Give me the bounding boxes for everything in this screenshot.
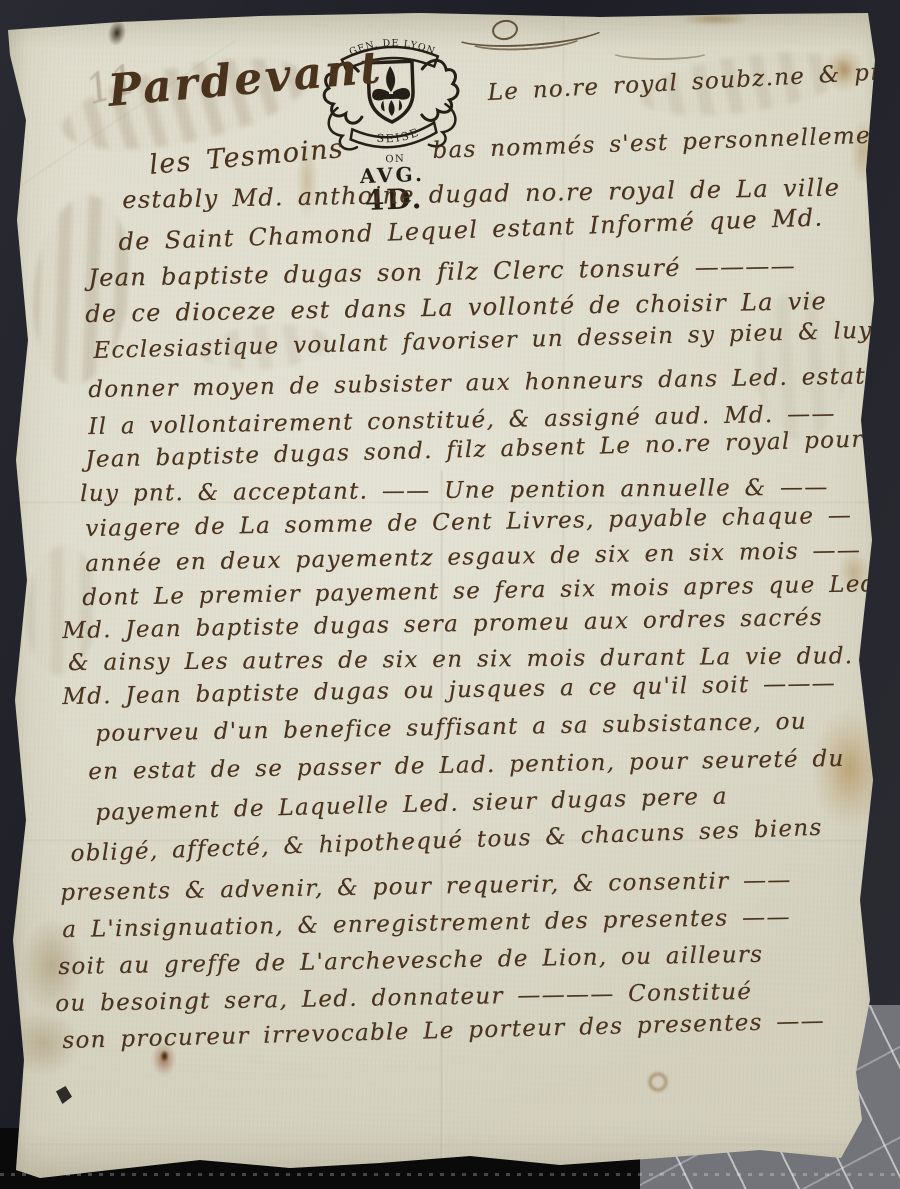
manuscript-line: pourveu d'un benefice suffisant a sa sub… — [95, 709, 807, 747]
manuscript-line: année en deux payementz esgaux de six en… — [85, 537, 861, 577]
manuscript-text: PardevantLe no.re royal soubz.ne & prese… — [0, 0, 900, 1189]
manuscript-line: payement de Laquelle Led. sieur dugas pe… — [95, 783, 728, 826]
manuscript-line: Le no.re royal soubz.ne & presents — [487, 55, 900, 106]
manuscript-line: a L'insignuation, & enregistrement des p… — [62, 904, 791, 943]
manuscript-line: Md. Jean baptiste dugas ou jusques a ce … — [62, 670, 836, 710]
manuscript-line: & ainsy Les autres de six en six mois du… — [68, 643, 853, 676]
backdrop-stitch-line — [0, 1173, 900, 1176]
manuscript-line: soit au greffe de L'archevesche de Lion,… — [58, 942, 763, 980]
manuscript-line: en estat de se passer de Lad. pention, p… — [88, 746, 845, 785]
manuscript-line: Jean baptiste dugas son filz Clerc tonsu… — [88, 252, 796, 292]
manuscript-line: ou besoingt sera, Led. donnateur ———— Co… — [55, 979, 752, 1017]
manuscript-line: les Tesmoins — [148, 133, 345, 181]
manuscript-line: presents & advenir, & pour requerir, & c… — [60, 867, 792, 906]
manuscript-line: son procureur irrevocable Le porteur des… — [62, 1008, 825, 1054]
manuscript-line: donner moyen de subsister aux honneurs d… — [88, 363, 866, 403]
manuscript-line: viagere de La somme de Cent Livres, paya… — [85, 503, 852, 542]
document-paper: 11 GEN. DE LYON — [0, 0, 900, 1189]
manuscript-line: Md. Jean baptiste dugas sera promeu aux … — [62, 605, 823, 644]
manuscript-line: luy pnt. & acceptant. —— Une pention ann… — [80, 474, 829, 507]
manuscript-line: Pardevant — [106, 42, 385, 117]
manuscript-line: bas nommés s'est personnellement — [432, 122, 898, 164]
